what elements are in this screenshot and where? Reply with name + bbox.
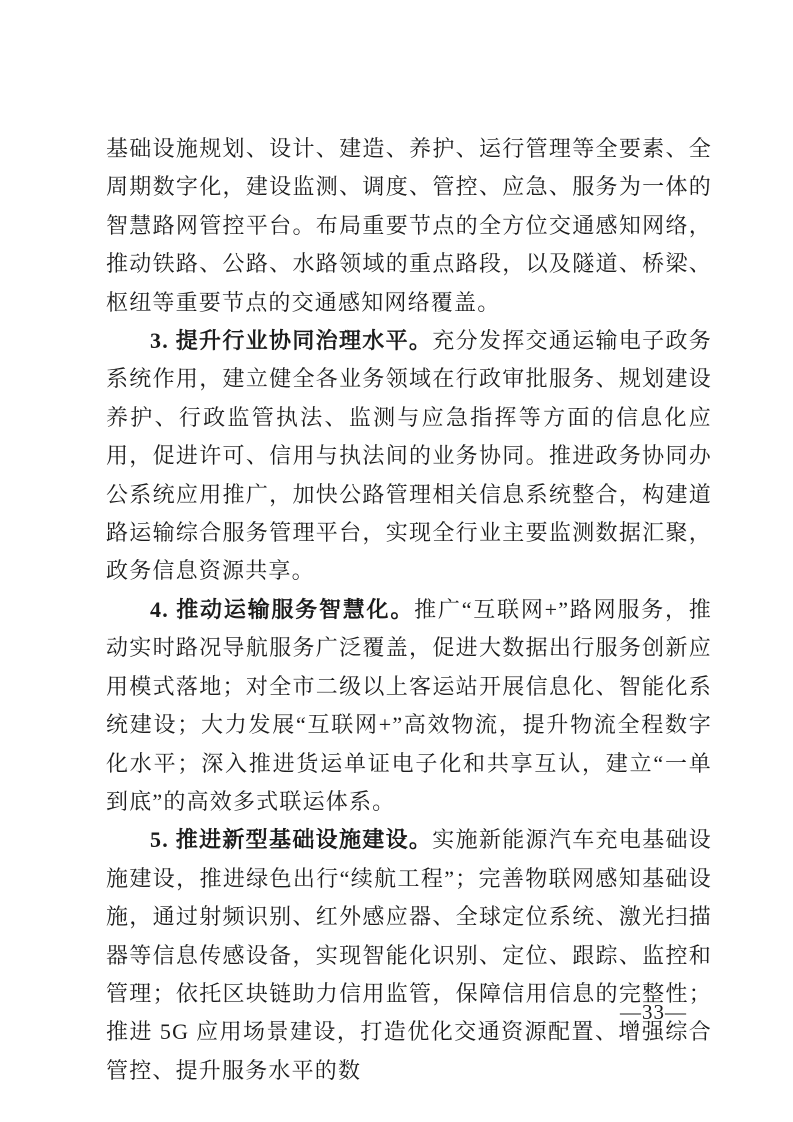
paragraph-lead: 3. 提升行业协同治理水平。 <box>150 328 432 353</box>
paragraph-text: 推广“互联网+”路网服务，推动实时路况导航服务广泛覆盖，促进大数据出行服务创新应… <box>106 597 712 814</box>
paragraph-text: 实施新能源汽车充电基础设施建设，推进绿色出行“续航工程”；完善物联网感知基础设施… <box>106 827 712 1082</box>
paragraph-text: 充分发挥交通运输电子政务系统作用，建立健全各业务领域在行政审批服务、规划建设养护… <box>106 328 712 583</box>
paragraph-lead: 4. 推动运输服务智慧化。 <box>150 597 414 622</box>
paragraph: 基础设施规划、设计、建造、养护、运行管理等全要素、全周期数字化，建设监测、调度、… <box>106 130 712 322</box>
paragraph: 5. 推进新型基础设施建设。实施新能源汽车充电基础设施建设，推进绿色出行“续航工… <box>106 821 712 1090</box>
document-body: 基础设施规划、设计、建造、养护、运行管理等全要素、全周期数字化，建设监测、调度、… <box>106 130 712 1090</box>
page-number: —33— <box>620 1000 687 1024</box>
paragraph-text: 基础设施规划、设计、建造、养护、运行管理等全要素、全周期数字化，建设监测、调度、… <box>106 136 712 315</box>
document-page: 基础设施规划、设计、建造、养护、运行管理等全要素、全周期数字化，建设监测、调度、… <box>0 0 793 1122</box>
paragraph-lead: 5. 推进新型基础设施建设。 <box>150 827 432 852</box>
paragraph: 3. 提升行业协同治理水平。充分发挥交通运输电子政务系统作用，建立健全各业务领域… <box>106 322 712 591</box>
paragraph: 4. 推动运输服务智慧化。推广“互联网+”路网服务，推动实时路况导航服务广泛覆盖… <box>106 591 712 821</box>
